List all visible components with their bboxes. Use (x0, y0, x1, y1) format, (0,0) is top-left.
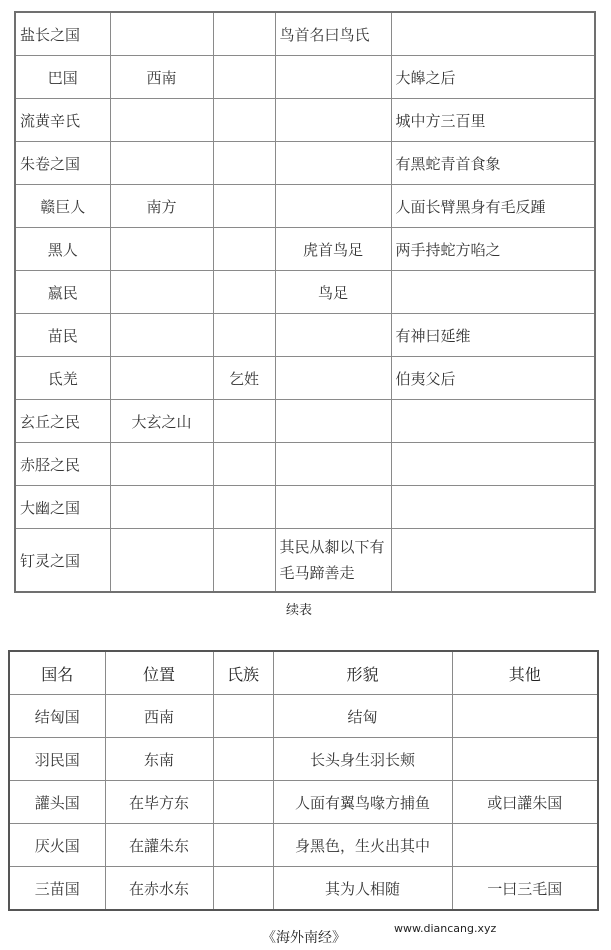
other-cell: 人面长臂黑身有毛反踵 (391, 185, 595, 228)
clan-cell (213, 781, 273, 824)
other-cell: 一曰三毛国 (452, 867, 598, 911)
clan-cell (213, 271, 275, 314)
header-location: 位置 (105, 651, 213, 695)
table-row: 巴国 西南 大皞之后 (15, 56, 595, 99)
appearance-cell (275, 185, 391, 228)
appearance-cell (275, 314, 391, 357)
table-row: 嬴民 鸟足 (15, 271, 595, 314)
clan-cell (213, 738, 273, 781)
table-row: 赤胫之民 (15, 443, 595, 486)
clan-cell (213, 228, 275, 271)
other-cell (391, 12, 595, 56)
header-clan: 氏族 (213, 651, 273, 695)
country-name-cell: 大幽之国 (15, 486, 110, 529)
other-cell: 城中方三百里 (391, 99, 595, 142)
country-name-cell: 朱卷之国 (15, 142, 110, 185)
watermark-text: www.diancang.xyz (394, 922, 496, 935)
clan-cell (213, 867, 273, 911)
location-cell: 南方 (110, 185, 213, 228)
country-name-cell: 玄丘之民 (15, 400, 110, 443)
location-cell: 大玄之山 (110, 400, 213, 443)
country-name-cell: 钉灵之国 (15, 529, 110, 593)
header-country-name: 国名 (9, 651, 105, 695)
clan-cell (213, 443, 275, 486)
table-haiwai-nanjing: 国名 位置 氏族 形貌 其他 结匈国 西南 结匈 羽民国 东南 长头身生羽长颊 … (8, 650, 599, 911)
other-cell (391, 443, 595, 486)
table-row: 玄丘之民 大玄之山 (15, 400, 595, 443)
table-row: 氐羌 乞姓 伯夷父后 (15, 357, 595, 400)
table-row: 结匈国 西南 结匈 (9, 695, 598, 738)
country-name-cell: 三苗国 (9, 867, 105, 911)
location-cell (110, 443, 213, 486)
clan-cell (213, 486, 275, 529)
location-cell: 东南 (105, 738, 213, 781)
clan-cell (213, 185, 275, 228)
other-cell: 大皞之后 (391, 56, 595, 99)
table-caption-source: 《海外南经》 (262, 927, 346, 947)
country-name-cell: 苗民 (15, 314, 110, 357)
location-cell: 在讙朱东 (105, 824, 213, 867)
appearance-cell: 身黑色，生火出其中 (273, 824, 452, 867)
other-cell (452, 738, 598, 781)
location-cell: 西南 (110, 56, 213, 99)
country-name-cell: 赤胫之民 (15, 443, 110, 486)
table-continued-part: 盐长之国 鸟首名曰鸟氏 巴国 西南 大皞之后 流黄辛氏 城中方三百里 朱卷之国 … (14, 11, 596, 593)
table-row: 赣巨人 南方 人面长臂黑身有毛反踵 (15, 185, 595, 228)
other-cell: 两手持蛇方啗之 (391, 228, 595, 271)
appearance-cell: 结匈 (273, 695, 452, 738)
clan-cell (213, 400, 275, 443)
table-row: 羽民国 东南 长头身生羽长颊 (9, 738, 598, 781)
table-row: 讙头国 在毕方东 人面有翼鸟喙方捕鱼 或曰讙朱国 (9, 781, 598, 824)
appearance-cell: 人面有翼鸟喙方捕鱼 (273, 781, 452, 824)
table-row: 大幽之国 (15, 486, 595, 529)
table-row: 苗民 有神曰延维 (15, 314, 595, 357)
location-cell: 西南 (105, 695, 213, 738)
country-name-cell: 嬴民 (15, 271, 110, 314)
country-name-cell: 羽民国 (9, 738, 105, 781)
clan-cell (213, 695, 273, 738)
appearance-cell (275, 486, 391, 529)
country-name-cell: 厌火国 (9, 824, 105, 867)
table-header-row: 国名 位置 氏族 形貌 其他 (9, 651, 598, 695)
location-cell (110, 529, 213, 593)
appearance-cell: 其为人相随 (273, 867, 452, 911)
table-row: 钉灵之国 其民从厀以下有毛马蹄善走 (15, 529, 595, 593)
other-cell (391, 486, 595, 529)
table-caption-continued: 续表 (286, 599, 312, 618)
other-cell: 有神曰延维 (391, 314, 595, 357)
clan-cell (213, 56, 275, 99)
other-cell (391, 400, 595, 443)
appearance-cell (275, 357, 391, 400)
appearance-cell (275, 99, 391, 142)
other-cell (452, 824, 598, 867)
other-cell (452, 695, 598, 738)
clan-cell (213, 529, 275, 593)
clan-cell (213, 99, 275, 142)
location-cell (110, 12, 213, 56)
location-cell (110, 271, 213, 314)
table-row: 盐长之国 鸟首名曰鸟氏 (15, 12, 595, 56)
table-row: 朱卷之国 有黑蛇青首食象 (15, 142, 595, 185)
table-row: 三苗国 在赤水东 其为人相随 一曰三毛国 (9, 867, 598, 911)
country-name-cell: 结匈国 (9, 695, 105, 738)
clan-cell: 乞姓 (213, 357, 275, 400)
appearance-cell (275, 400, 391, 443)
clan-cell (213, 142, 275, 185)
appearance-cell: 鸟足 (275, 271, 391, 314)
location-cell: 在毕方东 (105, 781, 213, 824)
location-cell: 在赤水东 (105, 867, 213, 911)
country-name-cell: 黑人 (15, 228, 110, 271)
country-name-cell: 讙头国 (9, 781, 105, 824)
location-cell (110, 228, 213, 271)
table-row: 流黄辛氏 城中方三百里 (15, 99, 595, 142)
other-cell: 有黑蛇青首食象 (391, 142, 595, 185)
other-cell (391, 529, 595, 593)
other-cell (391, 271, 595, 314)
country-name-cell: 赣巨人 (15, 185, 110, 228)
location-cell (110, 142, 213, 185)
appearance-cell: 长头身生羽长颊 (273, 738, 452, 781)
clan-cell (213, 12, 275, 56)
table-row: 黑人 虎首鸟足 两手持蛇方啗之 (15, 228, 595, 271)
location-cell (110, 314, 213, 357)
country-name-cell: 盐长之国 (15, 12, 110, 56)
other-cell: 伯夷父后 (391, 357, 595, 400)
table-row: 厌火国 在讙朱东 身黑色，生火出其中 (9, 824, 598, 867)
clan-cell (213, 314, 275, 357)
appearance-cell (275, 142, 391, 185)
appearance-cell: 其民从厀以下有毛马蹄善走 (275, 529, 391, 593)
clan-cell (213, 824, 273, 867)
header-appearance: 形貌 (273, 651, 452, 695)
location-cell (110, 99, 213, 142)
header-other: 其他 (452, 651, 598, 695)
country-name-cell: 巴国 (15, 56, 110, 99)
appearance-cell: 虎首鸟足 (275, 228, 391, 271)
appearance-cell (275, 443, 391, 486)
country-name-cell: 氐羌 (15, 357, 110, 400)
country-name-cell: 流黄辛氏 (15, 99, 110, 142)
location-cell (110, 486, 213, 529)
location-cell (110, 357, 213, 400)
other-cell: 或曰讙朱国 (452, 781, 598, 824)
appearance-cell (275, 56, 391, 99)
appearance-cell: 鸟首名曰鸟氏 (275, 12, 391, 56)
